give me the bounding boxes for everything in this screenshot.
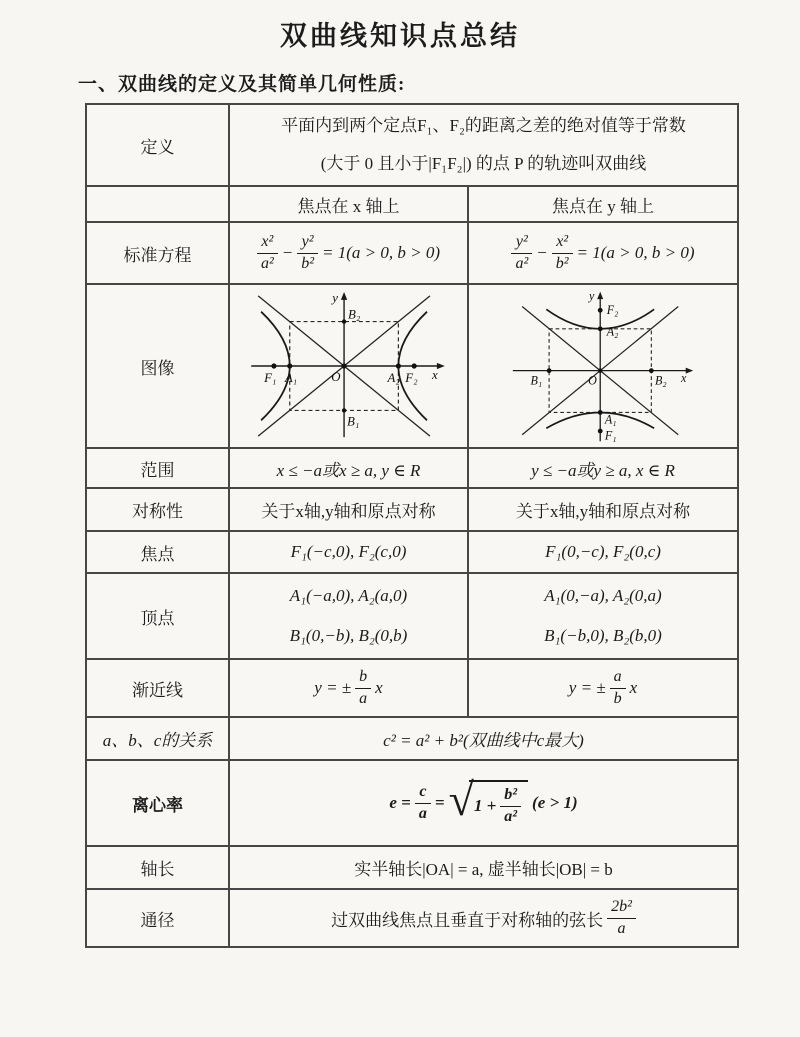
origin-point xyxy=(598,368,602,372)
vertices-y-line1: A₁(0,−a), A₂(0,a) xyxy=(473,576,733,616)
foci-label: 焦点 xyxy=(86,531,229,573)
vertices-label: 顶点 xyxy=(86,573,229,659)
y-axis-arrow xyxy=(597,292,603,299)
foci-x-cell: F₁(−c,0), F₂(c,0) xyxy=(229,531,468,573)
square-root: √ 1 + b²a² xyxy=(449,780,528,827)
x-axis-arrow xyxy=(686,368,693,374)
f2-label: F₂ xyxy=(404,371,418,385)
vertex-point-a1 xyxy=(598,410,603,415)
y-axis-label: y xyxy=(587,289,595,303)
denominator: b² xyxy=(552,254,573,274)
foci-y-cell: F₁(0,−c), F₂(0,c) xyxy=(468,531,738,573)
focus-header-empty-cell xyxy=(86,186,229,222)
latus-rectum-formula: 过双曲线焦点且垂直于对称轴的弦长 2b²a xyxy=(234,898,733,939)
symmetry-row: 对称性 关于x轴,y轴和原点对称 关于x轴,y轴和原点对称 xyxy=(86,488,738,531)
abc-relation-formula: c² = a² + b²(双曲线中c最大) xyxy=(229,717,738,760)
graph-row: 图像 xyxy=(86,284,738,448)
f2-label: F₂ xyxy=(606,303,619,317)
asymptote-x-formula: y = ± ba x xyxy=(234,668,463,709)
numerator: 2b² xyxy=(607,898,636,919)
denominator: a xyxy=(607,919,636,939)
vertex-point-a2 xyxy=(598,326,603,331)
vertices-x-cell: A₁(−a,0), A₂(a,0) B₁(0,−b), B₂(0,b) xyxy=(229,573,468,659)
fraction: x²b² xyxy=(552,233,573,274)
symmetry-y-cell: 关于x轴,y轴和原点对称 xyxy=(468,488,738,531)
denominator: a xyxy=(355,689,371,709)
numerator: x² xyxy=(552,233,573,254)
definition-row: 定义 平面内到两个定点F₁、F₂的距离之差的绝对值等于常数 (大于 0 且小于|… xyxy=(86,104,738,186)
focus-on-x-header: 焦点在 x 轴上 xyxy=(229,186,468,222)
origin-label: O xyxy=(331,370,340,384)
latus-rectum-text: 过双曲线焦点且垂直于对称轴的弦长 xyxy=(331,906,603,931)
a2-label: A₂ xyxy=(387,371,401,385)
radicand-lead: 1 + xyxy=(474,796,496,816)
definition-label: 定义 xyxy=(86,104,229,186)
equals-sign: = xyxy=(435,793,445,813)
y-axis-arrow xyxy=(341,292,347,300)
radical-sign: √ xyxy=(449,781,474,819)
minus-sign: − xyxy=(536,243,547,263)
point-b1 xyxy=(342,408,346,412)
f1-label: F₁ xyxy=(263,371,276,385)
asymptote-y-formula: y = ± ab x xyxy=(473,668,733,709)
abc-relation-label: a、b、c的关系 xyxy=(86,717,229,760)
fraction: y²a² xyxy=(511,233,532,274)
foci-row: 焦点 F₁(−c,0), F₂(c,0) F₁(0,−c), F₂(0,c) xyxy=(86,531,738,573)
equation-rhs: = 1(a > 0, b > 0) xyxy=(322,243,440,263)
focus-point-f1 xyxy=(271,363,276,368)
formula-suffix: (e > 1) xyxy=(532,793,578,813)
definition-line2: (大于 0 且小于|F₁F₂|) 的点 P 的轨迹叫双曲线 xyxy=(234,145,733,183)
graph-label: 图像 xyxy=(86,284,229,448)
origin-point xyxy=(341,363,346,368)
x-axis-arrow xyxy=(437,363,445,369)
point-b2 xyxy=(649,368,654,373)
b1-label: B₁ xyxy=(531,374,543,388)
denominator: a² xyxy=(257,254,278,274)
a1-label: A₁ xyxy=(604,413,617,427)
numerator: a xyxy=(610,668,626,689)
standard-equation-row: 标准方程 x²a² − y²b² = 1(a > 0, b > 0) y²a² … xyxy=(86,222,738,284)
latus-rectum-label: 通径 xyxy=(86,889,229,947)
numerator: c xyxy=(415,783,431,804)
numerator: b xyxy=(355,668,371,689)
focus-point-f2 xyxy=(412,363,417,368)
formula-prefix: y = ± xyxy=(569,678,606,698)
eccentricity-formula-cell: e = ca = √ 1 + b²a² (e > 1) xyxy=(229,760,738,846)
y-axis-label: y xyxy=(330,291,338,305)
fraction: ca xyxy=(415,783,431,824)
formula-prefix: y = ± xyxy=(314,678,351,698)
fraction: ab xyxy=(610,668,626,709)
denominator: a² xyxy=(511,254,532,274)
vertices-y-line2: B₁(−b,0), B₂(b,0) xyxy=(473,616,733,656)
definition-content: 平面内到两个定点F₁、F₂的距离之差的绝对值等于常数 (大于 0 且小于|F₁F… xyxy=(229,104,738,186)
graph-x-focus-cell: y B₂ B₁ F₁ A₁ O A₂ F₂ x xyxy=(229,284,468,448)
axis-length-row: 轴长 实半轴长|OA| = a, 虚半轴长|OB| = b xyxy=(86,846,738,889)
latus-rectum-row: 通径 过双曲线焦点且垂直于对称轴的弦长 2b²a xyxy=(86,889,738,947)
numerator: x² xyxy=(257,233,278,254)
numerator: y² xyxy=(511,233,532,254)
abc-relation-row: a、b、c的关系 c² = a² + b²(双曲线中c最大) xyxy=(86,717,738,760)
x-axis-label: x xyxy=(680,371,687,385)
vertex-point-a1 xyxy=(287,363,292,368)
minus-sign: − xyxy=(282,243,293,263)
range-row: 范围 x ≤ −a或x ≥ a, y ∈ R y ≤ −a或y ≥ a, x ∈… xyxy=(86,448,738,488)
a1-label: A₁ xyxy=(284,371,297,385)
equation-rhs: = 1(a > 0, b > 0) xyxy=(577,243,695,263)
denominator: a xyxy=(415,804,431,824)
x-axis-label: x xyxy=(431,368,438,382)
eccentricity-label: 离心率 xyxy=(86,760,229,846)
axis-length-label: 轴长 xyxy=(86,846,229,889)
symmetry-label: 对称性 xyxy=(86,488,229,531)
focus-header-row: 焦点在 x 轴上 焦点在 y 轴上 xyxy=(86,186,738,222)
standard-equation-y-cell: y²a² − x²b² = 1(a > 0, b > 0) xyxy=(468,222,738,284)
range-x-cell: x ≤ −a或x ≥ a, y ∈ R xyxy=(229,448,468,488)
vertices-x-line1: A₁(−a,0), A₂(a,0) xyxy=(234,576,463,616)
document-page: 双曲线知识点总结 一、双曲线的定义及其简单几何性质: 定义 平面内到两个定点F₁… xyxy=(0,0,800,948)
fraction: x²a² xyxy=(257,233,278,274)
asymptote-x-cell: y = ± ba x xyxy=(229,659,468,717)
eccentricity-formula: e = ca = √ 1 + b²a² (e > 1) xyxy=(234,780,733,827)
point-b1 xyxy=(547,368,552,373)
focus-point-f2 xyxy=(598,308,603,313)
page-title: 双曲线知识点总结 xyxy=(0,14,800,53)
a2-label: A₂ xyxy=(606,324,619,338)
equation-y: y²a² − x²b² = 1(a > 0, b > 0) xyxy=(473,233,733,274)
fraction: 2b²a xyxy=(607,898,636,939)
range-y-cell: y ≤ −a或y ≥ a, x ∈ R xyxy=(468,448,738,488)
hyperbola-y-axis-diagram: y F₂ A₂ B₁ O B₂ x A₁ F₁ xyxy=(488,287,718,445)
b1-label: B₁ xyxy=(347,414,359,428)
range-label: 范围 xyxy=(86,448,229,488)
hyperbola-summary-table: 定义 平面内到两个定点F₁、F₂的距离之差的绝对值等于常数 (大于 0 且小于|… xyxy=(85,103,739,948)
equation-x: x²a² − y²b² = 1(a > 0, b > 0) xyxy=(234,233,463,274)
numerator: y² xyxy=(297,233,318,254)
eccentricity-row: 离心率 e = ca = √ 1 + b²a² (e > 1) xyxy=(86,760,738,846)
standard-equation-x-cell: x²a² − y²b² = 1(a > 0, b > 0) xyxy=(229,222,468,284)
numerator: b² xyxy=(500,786,521,807)
asymptote-label: 渐近线 xyxy=(86,659,229,717)
point-b2 xyxy=(342,319,346,323)
vertices-y-cell: A₁(0,−a), A₂(0,a) B₁(−b,0), B₂(b,0) xyxy=(468,573,738,659)
denominator: a² xyxy=(500,807,521,827)
fraction: y²b² xyxy=(297,233,318,274)
latus-rectum-cell: 过双曲线焦点且垂直于对称轴的弦长 2b²a xyxy=(229,889,738,947)
denominator: b xyxy=(610,689,626,709)
b2-label: B₂ xyxy=(655,374,667,388)
axis-length-formula: 实半轴长|OA| = a, 虚半轴长|OB| = b xyxy=(229,846,738,889)
vertices-row: 顶点 A₁(−a,0), A₂(a,0) B₁(0,−b), B₂(0,b) A… xyxy=(86,573,738,659)
asymptote-y-cell: y = ± ab x xyxy=(468,659,738,717)
focus-on-y-header: 焦点在 y 轴上 xyxy=(468,186,738,222)
hyperbola-x-axis-diagram: y B₂ B₁ F₁ A₁ O A₂ F₂ x xyxy=(234,287,464,445)
focus-point-f1 xyxy=(598,429,603,434)
origin-label: O xyxy=(588,374,597,388)
formula-prefix: e = xyxy=(389,793,410,813)
asymptote-row: 渐近线 y = ± ba x y = ± ab x xyxy=(86,659,738,717)
vertex-point-a2 xyxy=(396,363,401,368)
b2-label: B₂ xyxy=(348,308,361,322)
radicand: 1 + b²a² xyxy=(469,780,528,827)
graph-y-focus-cell: y F₂ A₂ B₁ O B₂ x A₁ F₁ xyxy=(468,284,738,448)
f1-label: F₁ xyxy=(604,428,617,442)
section-heading: 一、双曲线的定义及其简单几何性质: xyxy=(78,69,800,96)
vertices-x-line2: B₁(0,−b), B₂(0,b) xyxy=(234,616,463,656)
formula-suffix: x xyxy=(630,678,638,698)
definition-line1: 平面内到两个定点F₁、F₂的距离之差的绝对值等于常数 xyxy=(234,107,733,145)
standard-equation-label: 标准方程 xyxy=(86,222,229,284)
denominator: b² xyxy=(297,254,318,274)
fraction: ba xyxy=(355,668,371,709)
fraction: b²a² xyxy=(500,786,521,827)
symmetry-x-cell: 关于x轴,y轴和原点对称 xyxy=(229,488,468,531)
formula-suffix: x xyxy=(375,678,383,698)
